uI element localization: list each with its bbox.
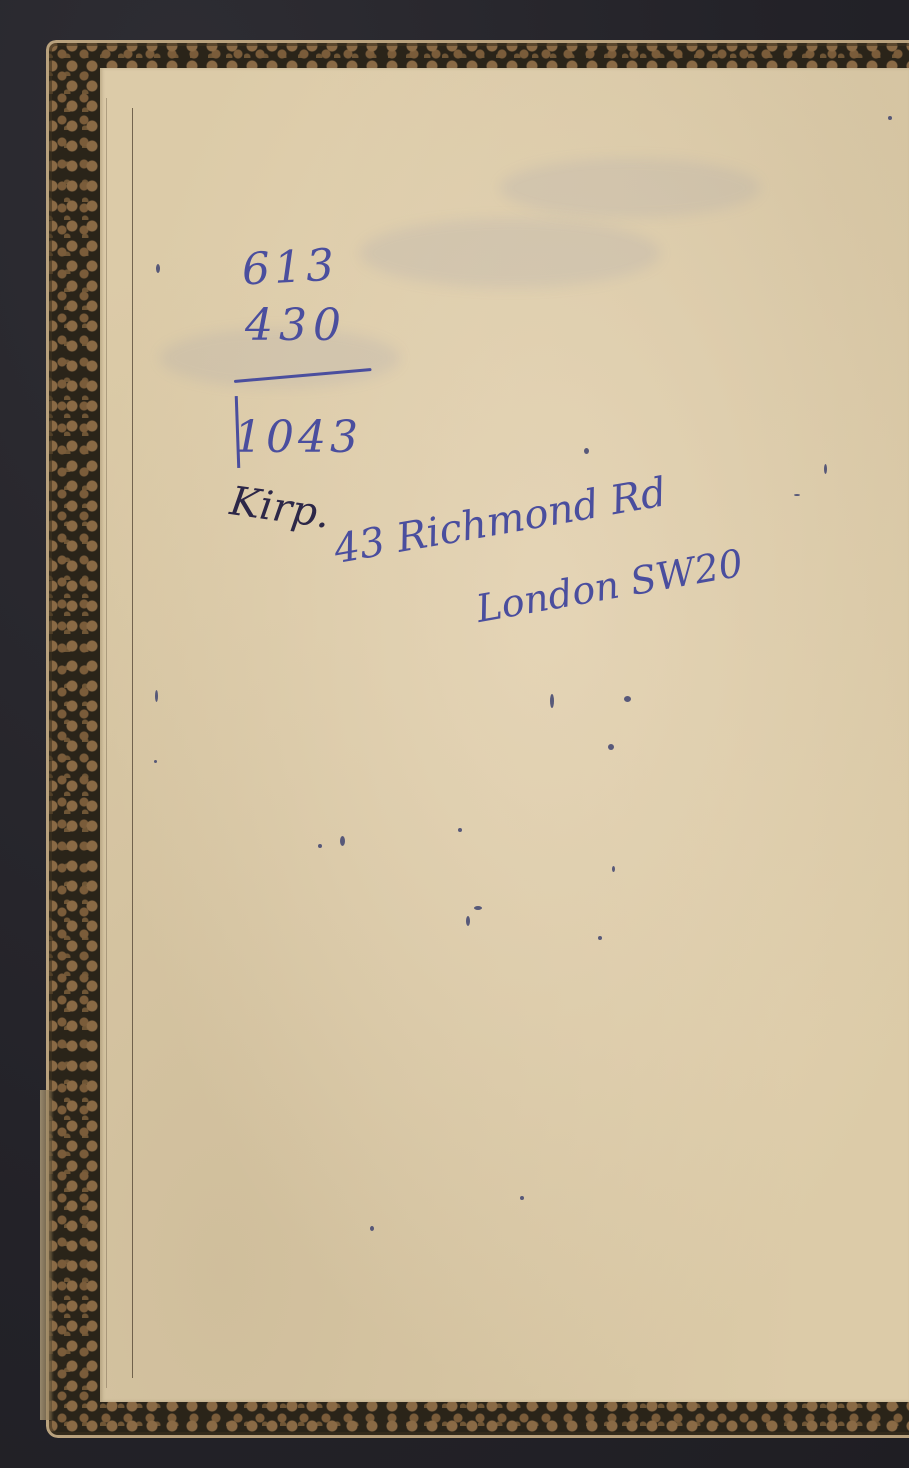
ink-speck <box>608 744 614 750</box>
margin-rule-line <box>132 108 133 1378</box>
ink-speck <box>598 936 602 940</box>
ink-speck <box>156 264 160 273</box>
handwritten-addend-1: 613 <box>241 244 339 293</box>
ink-speck <box>318 844 322 848</box>
offset-smudge <box>500 158 760 218</box>
handwritten-note: Kirp. <box>228 481 333 535</box>
ink-speck <box>466 916 470 926</box>
ink-speck <box>888 116 892 120</box>
ink-speck <box>824 464 827 474</box>
ink-speck <box>155 690 158 702</box>
handwritten-total: 1043 <box>234 416 362 460</box>
ink-speck <box>458 828 462 832</box>
ink-speck <box>474 906 482 910</box>
handwritten-addend-2: 430 <box>245 304 347 348</box>
ink-speck <box>794 494 800 496</box>
ink-speck <box>624 696 631 702</box>
frayed-cover-edge <box>40 1090 54 1420</box>
ink-speck <box>550 694 554 708</box>
ink-speck <box>340 836 345 846</box>
page-edge-line <box>106 98 107 1388</box>
offset-smudge <box>360 218 660 288</box>
address-line-1: 43 Richmond Rd <box>331 472 669 570</box>
ink-speck <box>370 1226 374 1231</box>
ink-speck <box>154 760 157 763</box>
endpaper-page: 613 430 1043 Kirp. 43 Richmond Rd London… <box>100 68 909 1402</box>
ink-speck <box>612 866 615 872</box>
ink-speck <box>584 448 589 454</box>
ink-speck <box>520 1196 524 1200</box>
address-line-2: London SW20 <box>473 544 745 628</box>
